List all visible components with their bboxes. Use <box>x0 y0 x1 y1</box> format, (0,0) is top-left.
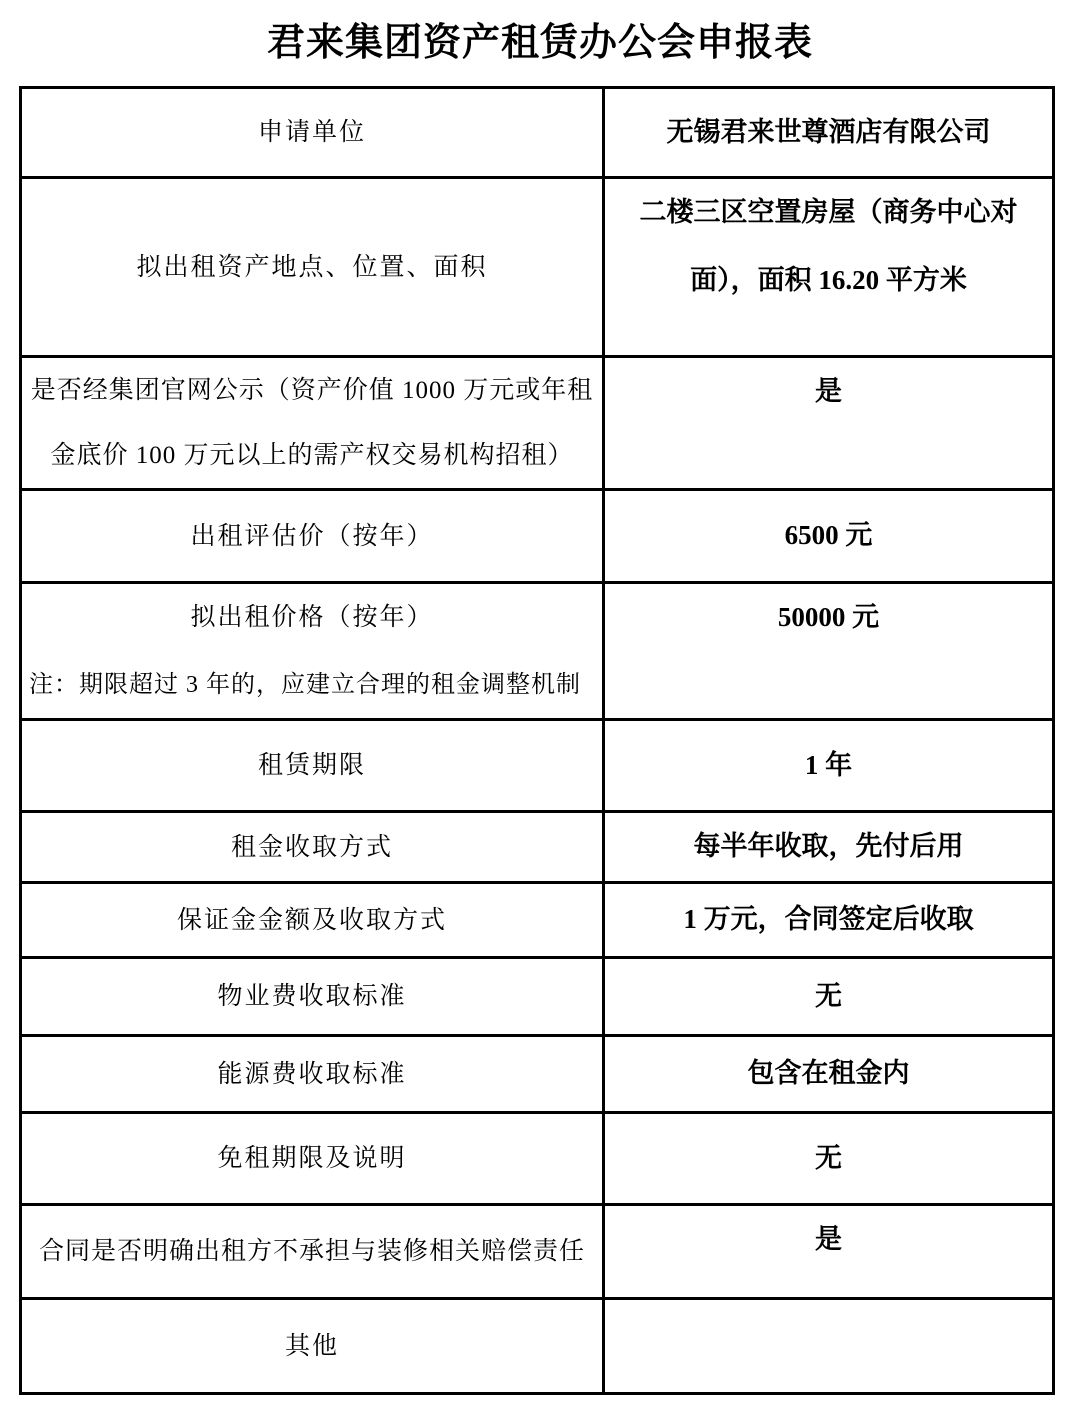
table-row-applicant-unit: 申请单位 无锡君来世尊酒店有限公司 <box>21 88 1054 178</box>
document-page: 君来集团资产租赁办公会申报表 申请单位 无锡君来世尊酒店有限公司 拟出租资产地点… <box>0 0 1080 1421</box>
row-label: 出租评估价（按年） <box>21 490 604 583</box>
row-value: 是 <box>604 1205 1054 1299</box>
table-row-proposed-rental-price: 拟出租价格（按年） 注：期限超过 3 年的，应建立合理的租金调整机制 50000… <box>21 583 1054 720</box>
table-row-official-site-publicity: 是否经集团官网公示（资产价值 1000 万元或年租金底价 100 万元以上的需产… <box>21 357 1054 490</box>
table-row-deposit-amount: 保证金金额及收取方式 1 万元，合同签定后收取 <box>21 883 1054 958</box>
row-value: 1 年 <box>604 720 1054 812</box>
row-label: 合同是否明确出租方不承担与装修相关赔偿责任 <box>21 1205 604 1299</box>
table-row-other: 其他 <box>21 1299 1054 1394</box>
row-value: 二楼三区空置房屋（商务中心对面），面积 16.20 平方米 <box>604 178 1054 357</box>
row-label-text: 拟出租价格（按年） <box>24 584 600 652</box>
row-label: 能源费收取标准 <box>21 1036 604 1113</box>
table-row-property-fee: 物业费收取标准 无 <box>21 958 1054 1036</box>
table-row-lease-term: 租赁期限 1 年 <box>21 720 1054 812</box>
row-value: 包含在租金内 <box>604 1036 1054 1113</box>
table-row-contract-decoration-liability: 合同是否明确出租方不承担与装修相关赔偿责任 是 <box>21 1205 1054 1299</box>
table-row-energy-fee: 能源费收取标准 包含在租金内 <box>21 1036 1054 1113</box>
row-value: 1 万元，合同签定后收取 <box>604 883 1054 958</box>
row-value: 无 <box>604 958 1054 1036</box>
rent-adjustment-note: 注：期限超过 3 年的，应建立合理的租金调整机制 <box>24 652 600 718</box>
row-label: 租赁期限 <box>21 720 604 812</box>
row-label: 申请单位 <box>21 88 604 178</box>
row-label: 保证金金额及收取方式 <box>21 883 604 958</box>
table-row-rental-appraisal-price: 出租评估价（按年） 6500 元 <box>21 490 1054 583</box>
row-label: 物业费收取标准 <box>21 958 604 1036</box>
row-label: 拟出租价格（按年） 注：期限超过 3 年的，应建立合理的租金调整机制 <box>21 583 604 720</box>
table-row-rent-free-period: 免租期限及说明 无 <box>21 1113 1054 1205</box>
table-row-asset-location: 拟出租资产地点、位置、面积 二楼三区空置房屋（商务中心对面），面积 16.20 … <box>21 178 1054 357</box>
page-title: 君来集团资产租赁办公会申报表 <box>0 18 1080 68</box>
row-label: 拟出租资产地点、位置、面积 <box>21 178 604 357</box>
row-value: 无 <box>604 1113 1054 1205</box>
row-value: 无锡君来世尊酒店有限公司 <box>604 88 1054 178</box>
row-value: 50000 元 <box>604 583 1054 720</box>
declaration-form-table: 申请单位 无锡君来世尊酒店有限公司 拟出租资产地点、位置、面积 二楼三区空置房屋… <box>19 86 1055 1395</box>
row-label: 是否经集团官网公示（资产价值 1000 万元或年租金底价 100 万元以上的需产… <box>21 357 604 490</box>
row-value: 6500 元 <box>604 490 1054 583</box>
table-row-rent-collection-method: 租金收取方式 每半年收取，先付后用 <box>21 812 1054 883</box>
row-value <box>604 1299 1054 1394</box>
row-label: 租金收取方式 <box>21 812 604 883</box>
row-value: 是 <box>604 357 1054 490</box>
row-label: 其他 <box>21 1299 604 1394</box>
row-label: 免租期限及说明 <box>21 1113 604 1205</box>
row-value: 每半年收取，先付后用 <box>604 812 1054 883</box>
